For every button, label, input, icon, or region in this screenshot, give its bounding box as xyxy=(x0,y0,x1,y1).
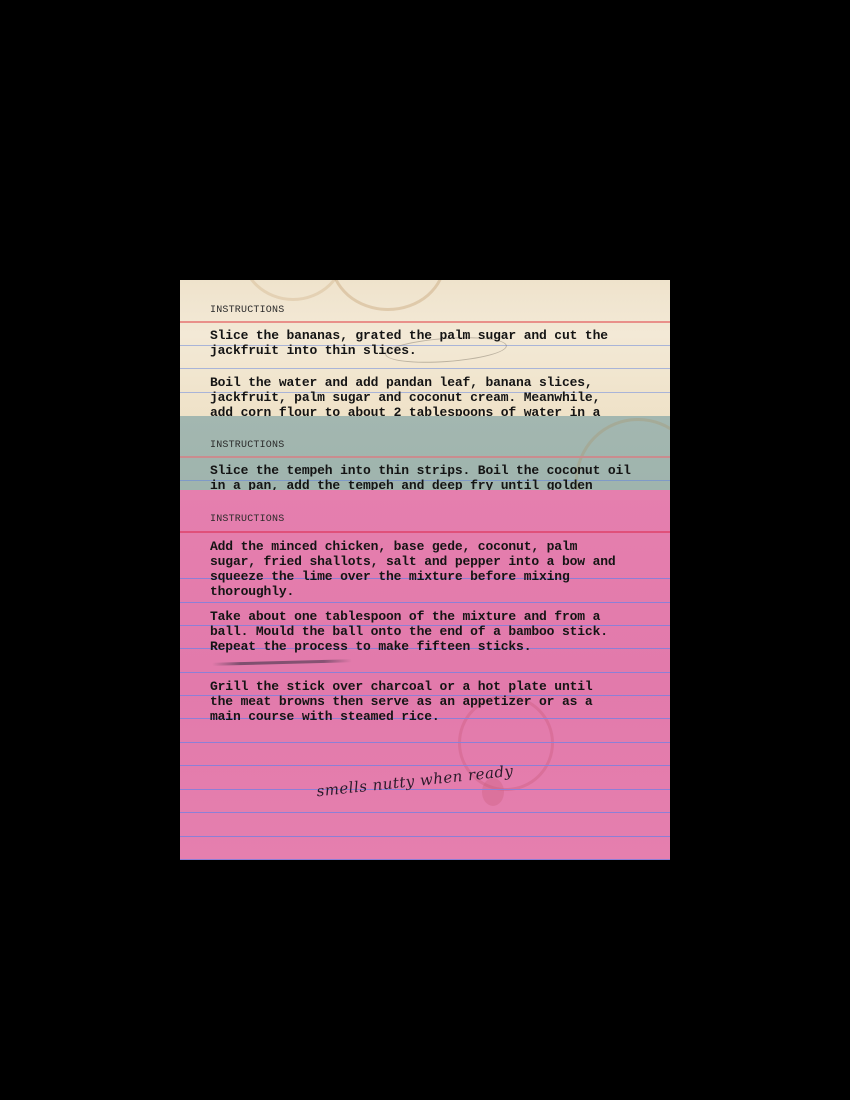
pencil-underline xyxy=(212,659,352,666)
recipe-card-pink: INSTRUCTIONS Add the minced chicken, bas… xyxy=(180,490,670,860)
header-rule xyxy=(180,321,670,323)
coffee-stain xyxy=(330,280,446,311)
recipe-card-cream: INSTRUCTIONS Slice the bananas, grated t… xyxy=(180,280,670,416)
ruled-line xyxy=(180,602,670,603)
handwritten-note: smells nutty when ready xyxy=(316,762,515,801)
instruction-paragraph: Grill the stick over charcoal or a hot p… xyxy=(210,679,650,724)
section-label: INSTRUCTIONS xyxy=(210,305,284,316)
instruction-paragraph: Slice the bananas, grated the palm sugar… xyxy=(210,328,650,358)
instruction-paragraph: Boil the water and add pandan leaf, bana… xyxy=(210,375,650,416)
ruled-line xyxy=(180,672,670,673)
instruction-paragraph: Slice the tempeh into thin strips. Boil … xyxy=(210,463,650,490)
coffee-stain xyxy=(240,280,346,301)
recipe-card-teal: INSTRUCTIONS Slice the tempeh into thin … xyxy=(180,416,670,490)
ruled-line xyxy=(180,789,670,790)
ruled-line xyxy=(180,859,670,860)
section-label: INSTRUCTIONS xyxy=(210,514,284,525)
ruled-line xyxy=(180,836,670,837)
ruled-line xyxy=(180,765,670,766)
header-rule xyxy=(180,531,670,533)
ruled-line xyxy=(180,742,670,743)
section-label: INSTRUCTIONS xyxy=(210,440,284,451)
ruled-line xyxy=(180,812,670,813)
ruled-line xyxy=(180,368,670,369)
header-rule xyxy=(180,456,670,458)
instruction-paragraph: Take about one tablespoon of the mixture… xyxy=(210,609,650,654)
instruction-paragraph: Add the minced chicken, base gede, cocon… xyxy=(210,539,650,599)
